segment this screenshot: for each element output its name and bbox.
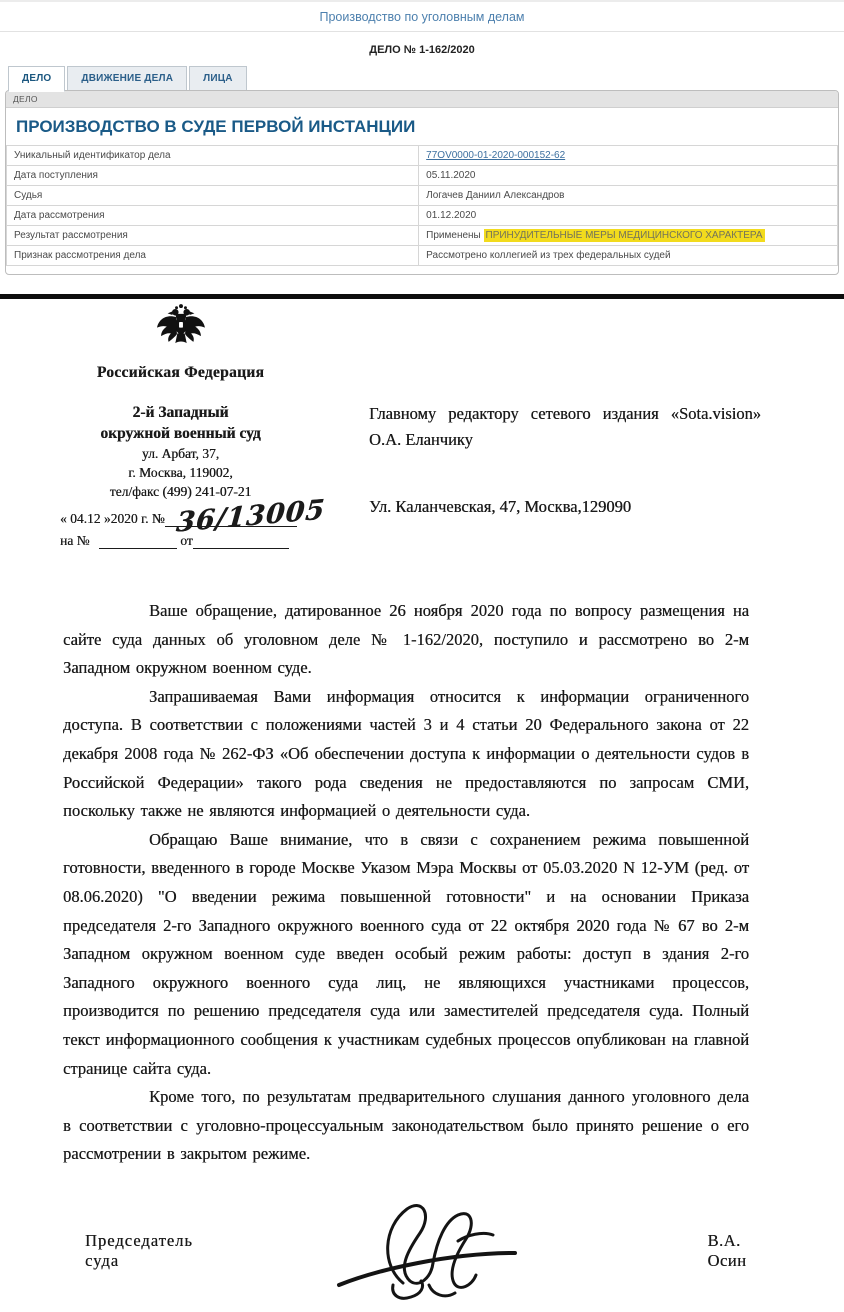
case-uid-link[interactable]: 77OV0000-01-2020-000152-62 (426, 150, 565, 161)
table-row: Дата рассмотрения 01.12.2020 (7, 206, 838, 226)
letter-body: Ваше обращение, датированное 26 ноября 2… (0, 567, 844, 1169)
row-label: Признак рассмотрения дела (7, 246, 419, 266)
row-value: Рассмотрено коллегией из трех федеральны… (419, 246, 838, 266)
row-label: Дата поступления (7, 166, 419, 186)
table-row: Дата поступления 05.11.2020 (7, 166, 838, 186)
reply-number-label: на № (60, 533, 89, 548)
row-label: Результат рассмотрения (7, 226, 419, 246)
panel-header: ДЕЛО (6, 91, 838, 108)
letterhead: Российская Федерация 2-й Западный окружн… (0, 303, 844, 567)
row-value: 05.11.2020 (419, 166, 838, 186)
table-row: Признак рассмотрения дела Рассмотрено ко… (7, 246, 838, 266)
country-name: Российская Федерация (58, 364, 303, 382)
letterhead-left-column: Российская Федерация 2-й Западный окружн… (58, 303, 303, 567)
court-address: ул. Арбат, 37, г. Москва, 119002, тел/фа… (58, 444, 303, 501)
tab-dvizhenie-dela[interactable]: ДВИЖЕНИЕ ДЕЛА (67, 66, 187, 90)
row-value: 01.12.2020 (419, 206, 838, 226)
section-title: ПРОИЗВОДСТВО В СУДЕ ПЕРВОЙ ИНСТАНЦИИ (6, 108, 838, 145)
paragraph: Обращаю Ваше внимание, что в связи с сох… (63, 826, 749, 1083)
outgoing-date: « 04.12 »2020 г. № (60, 511, 165, 526)
case-panel: ДЕЛО ПРОИЗВОДСТВО В СУДЕ ПЕРВОЙ ИНСТАНЦИ… (5, 90, 839, 275)
signer-name: В.А. Осин (708, 1231, 775, 1271)
letterhead-right-column: Главному редактору сетевого издания «Sot… (369, 303, 761, 517)
tab-delo[interactable]: ДЕЛО (8, 66, 65, 92)
table-row: Результат рассмотрения Применены ПРИНУДИ… (7, 226, 838, 246)
criminal-cases-link[interactable]: Производство по уголовным делам (319, 10, 524, 24)
row-label: Дата рассмотрения (7, 206, 419, 226)
signature-icon (333, 1195, 548, 1307)
row-label: Судья (7, 186, 419, 206)
row-value: Применены ПРИНУДИТЕЛЬНЫЕ МЕРЫ МЕДИЦИНСКО… (419, 226, 838, 246)
table-row: Судья Логачев Даниил Александров (7, 186, 838, 206)
tab-litsa[interactable]: ЛИЦА (189, 66, 247, 90)
row-value: Логачев Даниил Александров (419, 186, 838, 206)
paragraph: Ваше обращение, датированное 26 ноября 2… (63, 597, 749, 683)
breadcrumb-bar: Производство по уголовным делам (0, 2, 844, 32)
case-details-table: Уникальный идентификатор дела 77OV0000-0… (6, 145, 838, 266)
case-number-title: ДЕЛО № 1-162/2020 (0, 44, 844, 56)
paragraph: Запрашиваемая Вами информация относится … (63, 683, 749, 826)
addressee-street: Ул. Каланчевская, 47, Москва,129090 (369, 497, 761, 517)
signature-block: Председатель суда В.А. Осин (85, 1195, 774, 1307)
coat-of-arms-icon (155, 303, 207, 349)
case-tabs: ДЕЛО ДВИЖЕНИЕ ДЕЛА ЛИЦА (8, 66, 844, 90)
paragraph: Кроме того, по результатам предварительн… (63, 1083, 749, 1169)
table-row: Уникальный идентификатор дела 77OV0000-0… (7, 146, 838, 166)
court-name: 2-й Западный окружной военный суд (58, 402, 303, 444)
scanned-letter: Российская Федерация 2-й Западный окружн… (0, 299, 844, 1307)
result-prefix: Применены (426, 230, 483, 241)
signer-title: Председатель суда (85, 1231, 213, 1271)
result-highlight: ПРИНУДИТЕЛЬНЫЕ МЕРЫ МЕДИЦИНСКОГО ХАРАКТЕ… (484, 229, 765, 242)
case-info-webpage: Производство по уголовным делам ДЕЛО № 1… (0, 0, 844, 275)
addressee-block: Главному редактору сетевого издания «Sot… (369, 401, 761, 453)
row-label: Уникальный идентификатор дела (7, 146, 419, 166)
reference-lines: « 04.12 »2020 г. № 36/13005 на № от (58, 511, 303, 567)
